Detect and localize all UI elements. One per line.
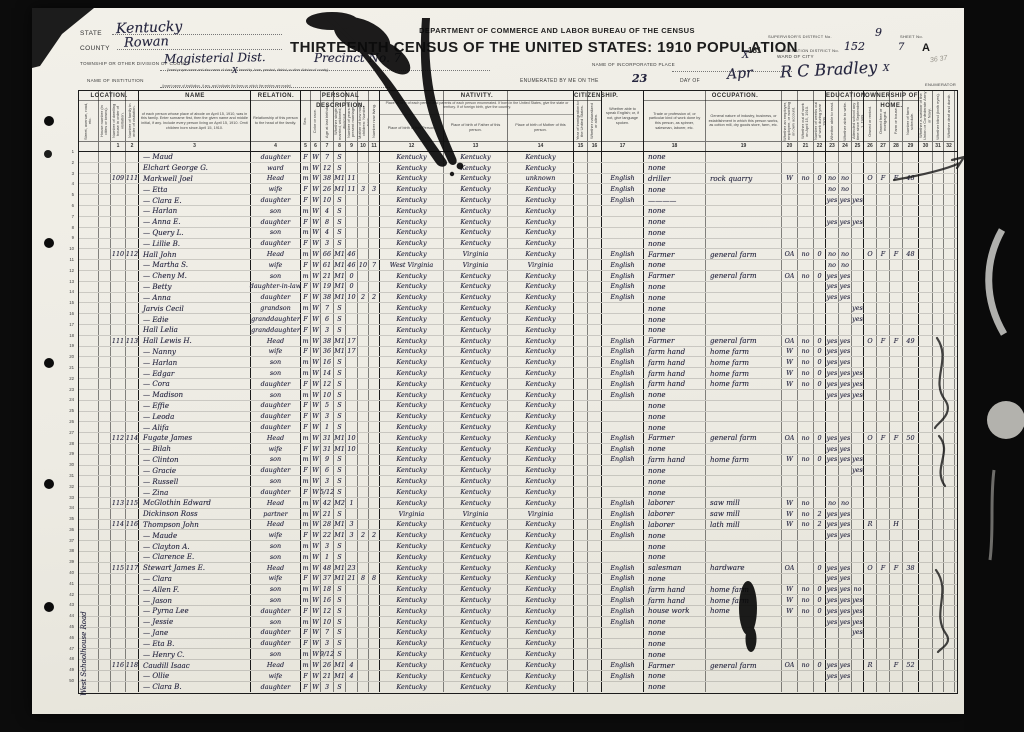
cell-fa <box>126 390 139 400</box>
handwritten-entry: 116 <box>112 662 124 668</box>
institution-note: (Insert name of institution, if any, and… <box>162 84 291 88</box>
line-number: 2 <box>62 161 76 172</box>
handwritten-entry: m <box>302 597 308 603</box>
cell-ag: 12 <box>321 606 334 616</box>
handwritten-entry: 0 <box>817 251 821 257</box>
cell-on <box>864 617 877 627</box>
cell-en: English <box>602 617 644 627</box>
cell-pm: unknown <box>508 174 574 184</box>
handwritten-entry: m <box>302 273 308 279</box>
cell-cw: W <box>311 628 321 638</box>
cell-en <box>602 628 644 638</box>
cell-hn <box>99 422 111 432</box>
cell-mr: S <box>334 206 346 216</box>
cell-on <box>864 628 877 638</box>
cell-bl <box>933 552 944 562</box>
handwritten-entry: F <box>303 283 307 289</box>
punch-hole <box>44 238 54 248</box>
cell-df <box>944 455 955 465</box>
cell-cl <box>369 541 380 551</box>
cell-wr: yes <box>839 671 852 681</box>
cell-st <box>79 444 99 454</box>
handwritten-entry: 3 <box>325 640 329 646</box>
ward-x-mark: X <box>883 64 889 74</box>
cell-em <box>782 390 798 400</box>
county-value: Rowan <box>124 34 169 51</box>
cell-bl <box>933 585 944 595</box>
handwritten-entry: 46 <box>347 262 355 268</box>
cell-pb: Kentucky <box>380 314 444 324</box>
cell-im <box>574 174 588 184</box>
cell-na <box>588 228 602 238</box>
cell-en: English <box>602 509 644 519</box>
cell-dw <box>111 239 126 249</box>
cell-cw: W <box>311 660 321 670</box>
cell-fa <box>126 163 139 173</box>
handwritten-entry: M1 <box>334 338 345 344</box>
cell-cw: W <box>311 682 321 692</box>
cell-oc: none <box>644 206 706 216</box>
handwritten-entry: yes <box>827 435 838 441</box>
cell-dw <box>111 401 126 411</box>
handwritten-entry: Kentucky <box>396 392 426 398</box>
cell-fs <box>903 357 919 367</box>
handwritten-entry: S <box>337 240 341 246</box>
cell-dw <box>111 271 126 281</box>
cell-sx: m <box>301 163 311 173</box>
cell-sc <box>852 671 864 681</box>
handwritten-entry: son <box>270 456 281 462</box>
handwritten-entry: English <box>610 197 634 203</box>
cell-mr: M1 <box>334 433 346 443</box>
cell-sx: m <box>301 368 311 378</box>
cell-pf: Kentucky <box>444 563 508 573</box>
cell-yr: 1 <box>346 498 358 508</box>
handwritten-entry: Head <box>267 662 284 668</box>
handwritten-entry: 0 <box>817 381 821 387</box>
handwritten-entry: Kentucky <box>525 597 555 603</box>
cell-cl <box>369 249 380 259</box>
cell-bl <box>933 249 944 259</box>
cell-fa <box>126 466 139 476</box>
handwritten-entry: F <box>303 489 307 495</box>
handwritten-entry: 115 <box>112 565 124 571</box>
handwritten-entry: English <box>610 619 634 625</box>
cell-fs <box>903 466 919 476</box>
cell-rd: yes <box>826 563 839 573</box>
cell-dw <box>111 368 126 378</box>
cell-cw: W <box>311 379 321 389</box>
cell-dw <box>111 595 126 605</box>
cell-pf: Kentucky <box>444 498 508 508</box>
cell-yr: 11 <box>346 184 358 194</box>
handwritten-entry: Kentucky <box>460 489 490 495</box>
cell-rd: yes <box>826 217 839 227</box>
cell-rd: no <box>826 498 839 508</box>
handwritten-entry: 3 <box>325 327 329 333</box>
cell-cb: 2 <box>358 530 369 540</box>
census-row: — Cheny M.sonmW21M10KentuckyKentuckyKent… <box>79 271 957 282</box>
cell-em: W <box>782 498 798 508</box>
handwritten-entry: Kentucky <box>525 424 555 430</box>
handwritten-entry: 8 <box>325 219 329 225</box>
enumerated-month: Apr <box>726 65 753 83</box>
table-body: — MauddaughterFW7SKentuckyKentuckyKentuc… <box>79 152 957 692</box>
handwritten-entry: daughter <box>261 489 291 495</box>
handwritten-entry: F <box>303 640 307 646</box>
handwritten-entry: Kentucky <box>396 316 426 322</box>
cell-vt <box>919 682 933 692</box>
handwritten-entry: no <box>802 338 810 344</box>
cell-df <box>944 293 955 303</box>
cell-df <box>944 671 955 681</box>
cell-rel: Head <box>251 249 301 259</box>
cell-fa: 114 <box>126 433 139 443</box>
cell-sc <box>852 163 864 173</box>
cell-vt <box>919 271 933 281</box>
cell-ag: 14 <box>321 368 334 378</box>
cell-fh <box>890 401 903 411</box>
census-row: — Clara E.daughterFW10SKentuckyKentuckyK… <box>79 195 957 206</box>
cell-na <box>588 336 602 346</box>
census-row: — Pyrna LeedaughterFW12SKentuckyKentucky… <box>79 606 957 617</box>
cell-wk <box>814 325 826 335</box>
cell-sx: F <box>301 325 311 335</box>
cell-fh: F <box>890 336 903 346</box>
cell-wr: no <box>839 498 852 508</box>
cell-em <box>782 530 798 540</box>
cell-cw: W <box>311 606 321 616</box>
cell-fh <box>890 184 903 194</box>
cell-on <box>864 293 877 303</box>
cell-bl <box>933 639 944 649</box>
col-number: 6 <box>311 141 320 151</box>
handwritten-entry: 3 <box>349 521 353 527</box>
col-number: 31 <box>933 141 943 151</box>
cell-df <box>944 660 955 670</box>
cell-bl <box>933 228 944 238</box>
cell-st <box>79 195 99 205</box>
cell-oc: none <box>644 541 706 551</box>
cell-sc <box>852 206 864 216</box>
cell-wr <box>839 401 852 411</box>
cell-sx: F <box>301 282 311 292</box>
cell-yr <box>346 325 358 335</box>
handwritten-entry: Kentucky <box>460 175 490 181</box>
cell-cw: W <box>311 357 321 367</box>
cell-en: English <box>602 368 644 378</box>
handwritten-entry: 52 <box>906 662 914 668</box>
handwritten-entry: Kentucky <box>525 186 555 192</box>
cell-rel: son <box>251 228 301 238</box>
handwritten-entry: 115 <box>126 500 138 506</box>
handwritten-entry: 18 <box>323 586 331 592</box>
cell-vt <box>919 541 933 551</box>
handwritten-entry: 28 <box>323 521 331 527</box>
cell-pf: Kentucky <box>444 195 508 205</box>
cell-dw: 111 <box>111 336 126 346</box>
census-row: — EdiegranddaughterFW6SKentuckyKentuckyK… <box>79 314 957 325</box>
cell-pm: Kentucky <box>508 639 574 649</box>
cell-wk: 0 <box>814 660 826 670</box>
handwritten-entry: Kentucky <box>525 273 555 279</box>
cell-cb <box>358 595 369 605</box>
cell-mr: S <box>334 628 346 638</box>
cell-sc <box>852 660 864 670</box>
cell-name: — Madison <box>139 390 251 400</box>
census-row: 114116Thompson JohnHeadmW28M13KentuckyKe… <box>79 520 957 531</box>
cell-yr <box>346 476 358 486</box>
column-group-citizenship-: CITIZENSHIP. <box>574 91 602 101</box>
handwritten-entry: W <box>312 186 319 192</box>
handwritten-entry: Kentucky <box>460 586 490 592</box>
cell-wr <box>839 314 852 324</box>
cell-cw: W <box>311 433 321 443</box>
cell-cw: W <box>311 509 321 519</box>
cell-wk <box>814 282 826 292</box>
handwritten-entry: McGlothin Edward <box>143 499 211 506</box>
handwritten-entry: yes <box>827 597 838 603</box>
cell-rd: yes <box>826 347 839 357</box>
cell-wk <box>814 487 826 497</box>
cell-cw: W <box>311 217 321 227</box>
county-label: COUNTY <box>80 45 110 52</box>
cell-rel: daughter <box>251 412 301 422</box>
handwritten-entry: W <box>786 359 793 365</box>
handwritten-entry: m <box>302 543 308 549</box>
cell-ow <box>798 239 814 249</box>
cell-mr: S <box>334 239 346 249</box>
cell-bl <box>933 260 944 270</box>
cell-sc <box>852 401 864 411</box>
cell-pb: Kentucky <box>380 606 444 616</box>
cell-rd: yes <box>826 368 839 378</box>
cell-fh <box>890 628 903 638</box>
handwritten-entry: English <box>610 186 634 192</box>
cell-ind: home farm <box>706 585 782 595</box>
handwritten-entry: 17 <box>347 338 355 344</box>
cell-wk <box>814 163 826 173</box>
cell-cw: W <box>311 498 321 508</box>
punch-hole <box>44 602 54 612</box>
cell-ind <box>706 217 782 227</box>
cell-cl <box>369 357 380 367</box>
handwritten-entry: 21 <box>347 575 355 581</box>
cell-cb <box>358 336 369 346</box>
handwritten-entry: OA <box>785 435 795 441</box>
cell-fr <box>877 660 890 670</box>
cell-en: English <box>602 455 644 465</box>
cell-ind <box>706 314 782 324</box>
cell-on <box>864 649 877 659</box>
handwritten-entry: F <box>303 348 307 354</box>
cell-hn <box>99 325 111 335</box>
cell-im <box>574 563 588 573</box>
cell-vt <box>919 217 933 227</box>
cell-wk <box>814 293 826 303</box>
cell-ind <box>706 552 782 562</box>
cell-sc <box>852 541 864 551</box>
handwritten-entry: unknown <box>526 175 556 181</box>
cell-pb: Kentucky <box>380 487 444 497</box>
handwritten-entry: Kentucky <box>396 554 426 560</box>
handwritten-entry: — Martha S. <box>143 261 188 268</box>
col-header-vt: Whether a survivor of the Union or Confe… <box>919 91 933 151</box>
handwritten-entry: F <box>303 262 307 268</box>
handwritten-entry: English <box>610 456 634 462</box>
handwritten-entry: wife <box>269 575 283 581</box>
cell-df <box>944 303 955 313</box>
cell-cl <box>369 303 380 313</box>
census-row: — EffiedaughterFW5SKentuckyKentuckyKentu… <box>79 401 957 412</box>
cell-fs <box>903 455 919 465</box>
cell-fa: 115 <box>126 498 139 508</box>
cell-cl <box>369 682 380 692</box>
cell-mr: S <box>334 228 346 238</box>
cell-df <box>944 163 955 173</box>
handwritten-entry: 1 <box>349 500 353 506</box>
cell-on <box>864 390 877 400</box>
cell-sc <box>852 552 864 562</box>
cell-wr: yes <box>839 617 852 627</box>
cell-name: — Maude <box>139 530 251 540</box>
handwritten-entry: 36 <box>323 348 331 354</box>
cell-sx: m <box>301 174 311 184</box>
handwritten-entry: daughter <box>261 381 291 387</box>
cell-im <box>574 541 588 551</box>
cell-fr <box>877 509 890 519</box>
handwritten-entry: yes <box>852 392 863 398</box>
cell-st <box>79 530 99 540</box>
cell-wk <box>814 617 826 627</box>
cell-dw <box>111 541 126 551</box>
handwritten-entry: laborer <box>648 499 674 506</box>
census-row: — Anna E.daughterFW8SKentuckyKentuckyKen… <box>79 217 957 228</box>
handwritten-entry: 7 <box>325 629 329 635</box>
cell-on <box>864 476 877 486</box>
col-number: 20 <box>782 141 797 151</box>
col-number: 8 <box>334 141 345 151</box>
cell-fs: 52 <box>903 660 919 670</box>
cell-pb: Kentucky <box>380 520 444 530</box>
handwritten-entry: F <box>894 662 898 668</box>
cell-vt <box>919 152 933 162</box>
cell-name: — Nanny <box>139 347 251 357</box>
cell-ow <box>798 552 814 562</box>
cell-wr: yes <box>839 368 852 378</box>
cell-sc <box>852 412 864 422</box>
handwritten-entry: Hall Lewis H. <box>143 337 192 344</box>
cell-name: — Leoda <box>139 412 251 422</box>
cell-hn <box>99 530 111 540</box>
cell-em: OA <box>782 433 798 443</box>
cell-im <box>574 444 588 454</box>
cell-oc: laborer <box>644 509 706 519</box>
cell-wk <box>814 390 826 400</box>
handwritten-entry: none <box>648 424 666 431</box>
cell-yr: 3 <box>346 520 358 530</box>
enumeration-value: 152 <box>844 40 865 53</box>
col-number: 27 <box>877 141 889 151</box>
handwritten-entry: English <box>610 273 634 279</box>
cell-bl <box>933 574 944 584</box>
cell-on <box>864 682 877 692</box>
handwritten-entry: 48 <box>906 175 914 181</box>
cell-mr: S <box>334 487 346 497</box>
census-row: — GraciedaughterFW6SKentuckyKentuckyKent… <box>79 466 957 477</box>
handwritten-entry: 9 <box>325 456 329 462</box>
cell-wk: 0 <box>814 336 826 346</box>
cell-st <box>79 487 99 497</box>
cell-em <box>782 574 798 584</box>
cell-ind <box>706 487 782 497</box>
cell-df <box>944 195 955 205</box>
cell-cw: W <box>311 520 321 530</box>
cell-ind <box>706 293 782 303</box>
handwritten-entry: Jarvis Cecil <box>143 305 184 312</box>
handwritten-entry: 21 <box>323 273 331 279</box>
cell-on <box>864 541 877 551</box>
cell-hn <box>99 552 111 562</box>
cell-dw <box>111 444 126 454</box>
cell-vt <box>919 422 933 432</box>
cell-ag: 8 <box>321 217 334 227</box>
cell-fa <box>126 260 139 270</box>
cell-pm: Kentucky <box>508 271 574 281</box>
cell-name: — Cheny M. <box>139 271 251 281</box>
cell-rel: daughter <box>251 239 301 249</box>
handwritten-entry: Kentucky <box>396 327 426 333</box>
cell-pm: Kentucky <box>508 239 574 249</box>
handwritten-entry: — Lillie B. <box>143 240 180 247</box>
cell-dw <box>111 552 126 562</box>
cell-ind <box>706 476 782 486</box>
cell-im <box>574 520 588 530</box>
cell-dw: 112 <box>111 433 126 443</box>
cell-on <box>864 325 877 335</box>
cell-ag: 1 <box>321 552 334 562</box>
cell-dw <box>111 606 126 616</box>
cell-ag: 42 <box>321 498 334 508</box>
cell-ow: no <box>798 174 814 184</box>
cell-im <box>574 585 588 595</box>
cell-name: — Jessie <box>139 617 251 627</box>
cell-sx: m <box>301 455 311 465</box>
handwritten-entry: Kentucky <box>396 413 426 419</box>
cell-oc: laborer <box>644 520 706 530</box>
cell-rd: yes <box>826 271 839 281</box>
cell-ind <box>706 671 782 681</box>
cell-em: W <box>782 595 798 605</box>
handwritten-entry: yes <box>840 381 851 387</box>
cell-fs <box>903 152 919 162</box>
cell-im <box>574 217 588 227</box>
cell-wk: 0 <box>814 271 826 281</box>
cell-cb <box>358 444 369 454</box>
cell-rd: no <box>826 184 839 194</box>
handwritten-entry: yes <box>840 532 851 538</box>
cell-na <box>588 520 602 530</box>
cell-pb: Kentucky <box>380 595 444 605</box>
handwritten-entry: S <box>337 608 341 614</box>
handwritten-entry: M1 <box>334 262 345 268</box>
cell-st <box>79 357 99 367</box>
handwritten-entry: 12 <box>323 608 331 614</box>
cell-mr: S <box>334 509 346 519</box>
handwritten-entry: no <box>841 186 849 192</box>
cell-wk: 0 <box>814 433 826 443</box>
cell-ind <box>706 390 782 400</box>
